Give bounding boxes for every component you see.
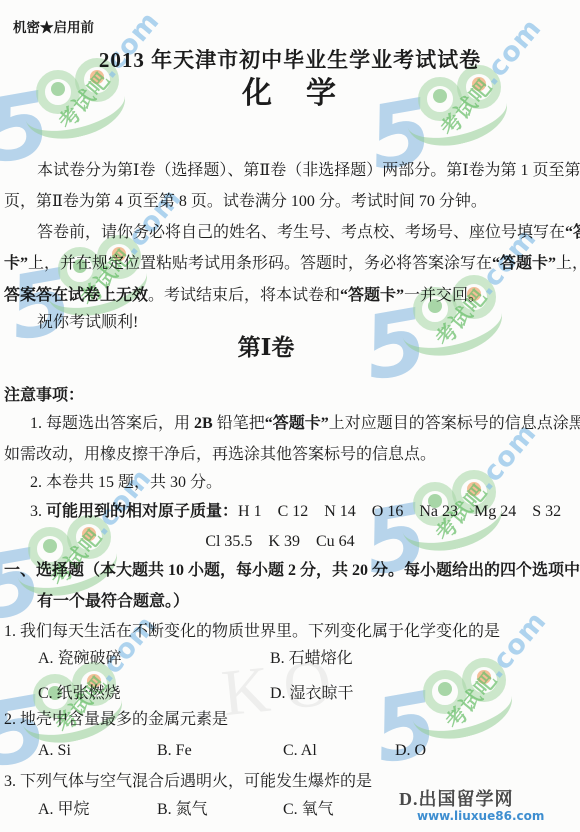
question3-stem: 3. 下列气体与空气混合后遇明火，可能发生爆炸的是 bbox=[4, 772, 372, 791]
question2-option-b: B. Fe bbox=[157, 741, 192, 760]
liuxue-watermark: D.出国留学网 www.liuxue86.com bbox=[399, 790, 544, 823]
note1-line1: 1. 每题选出答案后，用 2B 铅笔把“答题卡”上对应题目的答案标号的信息点涂黑… bbox=[30, 414, 580, 433]
note3-elements: H 1 C 12 N 14 O 16 Na 23 Mg 24 S 32 bbox=[238, 503, 561, 520]
p2l3-normal1: 。考试结束后，将本试卷和 bbox=[148, 287, 340, 304]
exam-title: 2013 年天津市初中毕业生学业考试试卷 bbox=[0, 51, 580, 70]
liuxue-watermark-url: www.liuxue86.com bbox=[417, 810, 544, 823]
question1-option-c: C. 纸张燃烧 bbox=[38, 684, 121, 703]
note3-line1: 3. 可能用到的相对原子质量：H 1 C 12 N 14 O 16 Na 23 … bbox=[30, 502, 561, 521]
exam-content: 机密★启用前 2013 年天津市初中毕业生学业考试试卷 化 学 本试卷分为第Ⅰ卷… bbox=[0, 0, 580, 832]
p2l3-bold1: 答案答在试卷上无效 bbox=[4, 287, 148, 304]
intro-paragraph2-line2: 卡”上，并在规定位置粘贴考试用条形码。答题时，务必将答案涂写在“答题卡”上， bbox=[4, 254, 580, 273]
question3-option-b: B. 氮气 bbox=[157, 800, 208, 819]
classification-label: 机密★启用前 bbox=[13, 18, 94, 37]
note1-seg2: 2B bbox=[194, 415, 213, 432]
p2l3-bold2: “答题卡” bbox=[340, 287, 404, 304]
subject-title: 化 学 bbox=[0, 84, 580, 103]
note1-line2: 如需改动，用橡皮擦干净后，再选涂其他答案标号的信息点。 bbox=[4, 445, 436, 464]
note1-seg3: 铅笔把 bbox=[213, 415, 265, 432]
choice-section-header-line1: 一、选择题（本大题共 10 小题，每小题 2 分，共 20 分。每小题给出的四个… bbox=[4, 561, 580, 580]
question2-option-d: D. O bbox=[395, 741, 426, 760]
note3-bold-label: 可能用到的相对原子质量： bbox=[46, 503, 238, 520]
question1-option-a: A. 瓷碗破碎 bbox=[38, 649, 122, 668]
intro-paragraph1-line1: 本试卷分为第Ⅰ卷（选择题）、第Ⅱ卷（非选择题）两部分。第Ⅰ卷为第 1 页至第 3 bbox=[37, 161, 580, 180]
p2l1-bold: “答题 bbox=[565, 224, 580, 241]
liuxue-watermark-title: D.出国留学网 bbox=[399, 790, 544, 810]
question3-option-a: A. 甲烷 bbox=[38, 800, 90, 819]
note1-seg4: “答题卡” bbox=[265, 415, 329, 432]
notes-heading: 注意事项： bbox=[4, 386, 84, 405]
question2-option-a: A. Si bbox=[38, 741, 71, 760]
intro-paragraph1-line2: 页，第Ⅱ卷为第 4 页至第 8 页。试卷满分 100 分。考试时间 70 分钟。 bbox=[4, 192, 487, 211]
p2l3-normal2: 一并交回。 bbox=[404, 287, 484, 304]
note1-seg5: 上对应题目的答案标号的信息点涂黑。 bbox=[329, 415, 580, 432]
note3-line2: Cl 35.5 K 39 Cu 64 bbox=[0, 532, 570, 551]
question2-option-c: C. Al bbox=[283, 741, 317, 760]
question3-option-c: C. 氧气 bbox=[283, 800, 334, 819]
choice-section-header-line2: 有一个最符合题意。） bbox=[37, 592, 189, 611]
question1-option-b: B. 石蜡熔化 bbox=[270, 649, 353, 668]
p2l2-normal2: 上， bbox=[556, 255, 580, 272]
good-luck-line: 祝你考试顺利! bbox=[37, 313, 138, 332]
note3-number: 3. bbox=[30, 503, 46, 520]
intro-paragraph2-line3: 答案答在试卷上无效。考试结束后，将本试卷和“答题卡”一并交回。 bbox=[4, 286, 484, 305]
p2l2-normal1: 上，并在规定位置粘贴考试用条形码。答题时，务必将答案涂写在 bbox=[28, 255, 492, 272]
p2l2-bold2: “答题卡” bbox=[492, 255, 556, 272]
exam-paper-page: KO 5 考试吧.com 5 考试吧.com 5 考试吧.com 5 考试吧 bbox=[0, 0, 580, 832]
intro-paragraph2-line1: 答卷前，请你务必将自己的姓名、考生号、考点校、考场号、座位号填写在“答题 bbox=[37, 223, 580, 242]
note2-line: 2. 本卷共 15 题，共 30 分。 bbox=[30, 473, 222, 492]
part1-title: 第Ⅰ卷 bbox=[0, 338, 556, 357]
p2l2-bold1: 卡” bbox=[4, 255, 28, 272]
p2l1-normal: 答卷前，请你务必将自己的姓名、考生号、考点校、考场号、座位号填写在 bbox=[37, 224, 565, 241]
question2-stem: 2. 地壳中含量最多的金属元素是 bbox=[4, 710, 228, 729]
question1-stem: 1. 我们每天生活在不断变化的物质世界里。下列变化属于化学变化的是 bbox=[4, 622, 500, 641]
question1-option-d: D. 湿衣晾干 bbox=[270, 684, 354, 703]
note1-seg1: 1. 每题选出答案后，用 bbox=[30, 415, 194, 432]
